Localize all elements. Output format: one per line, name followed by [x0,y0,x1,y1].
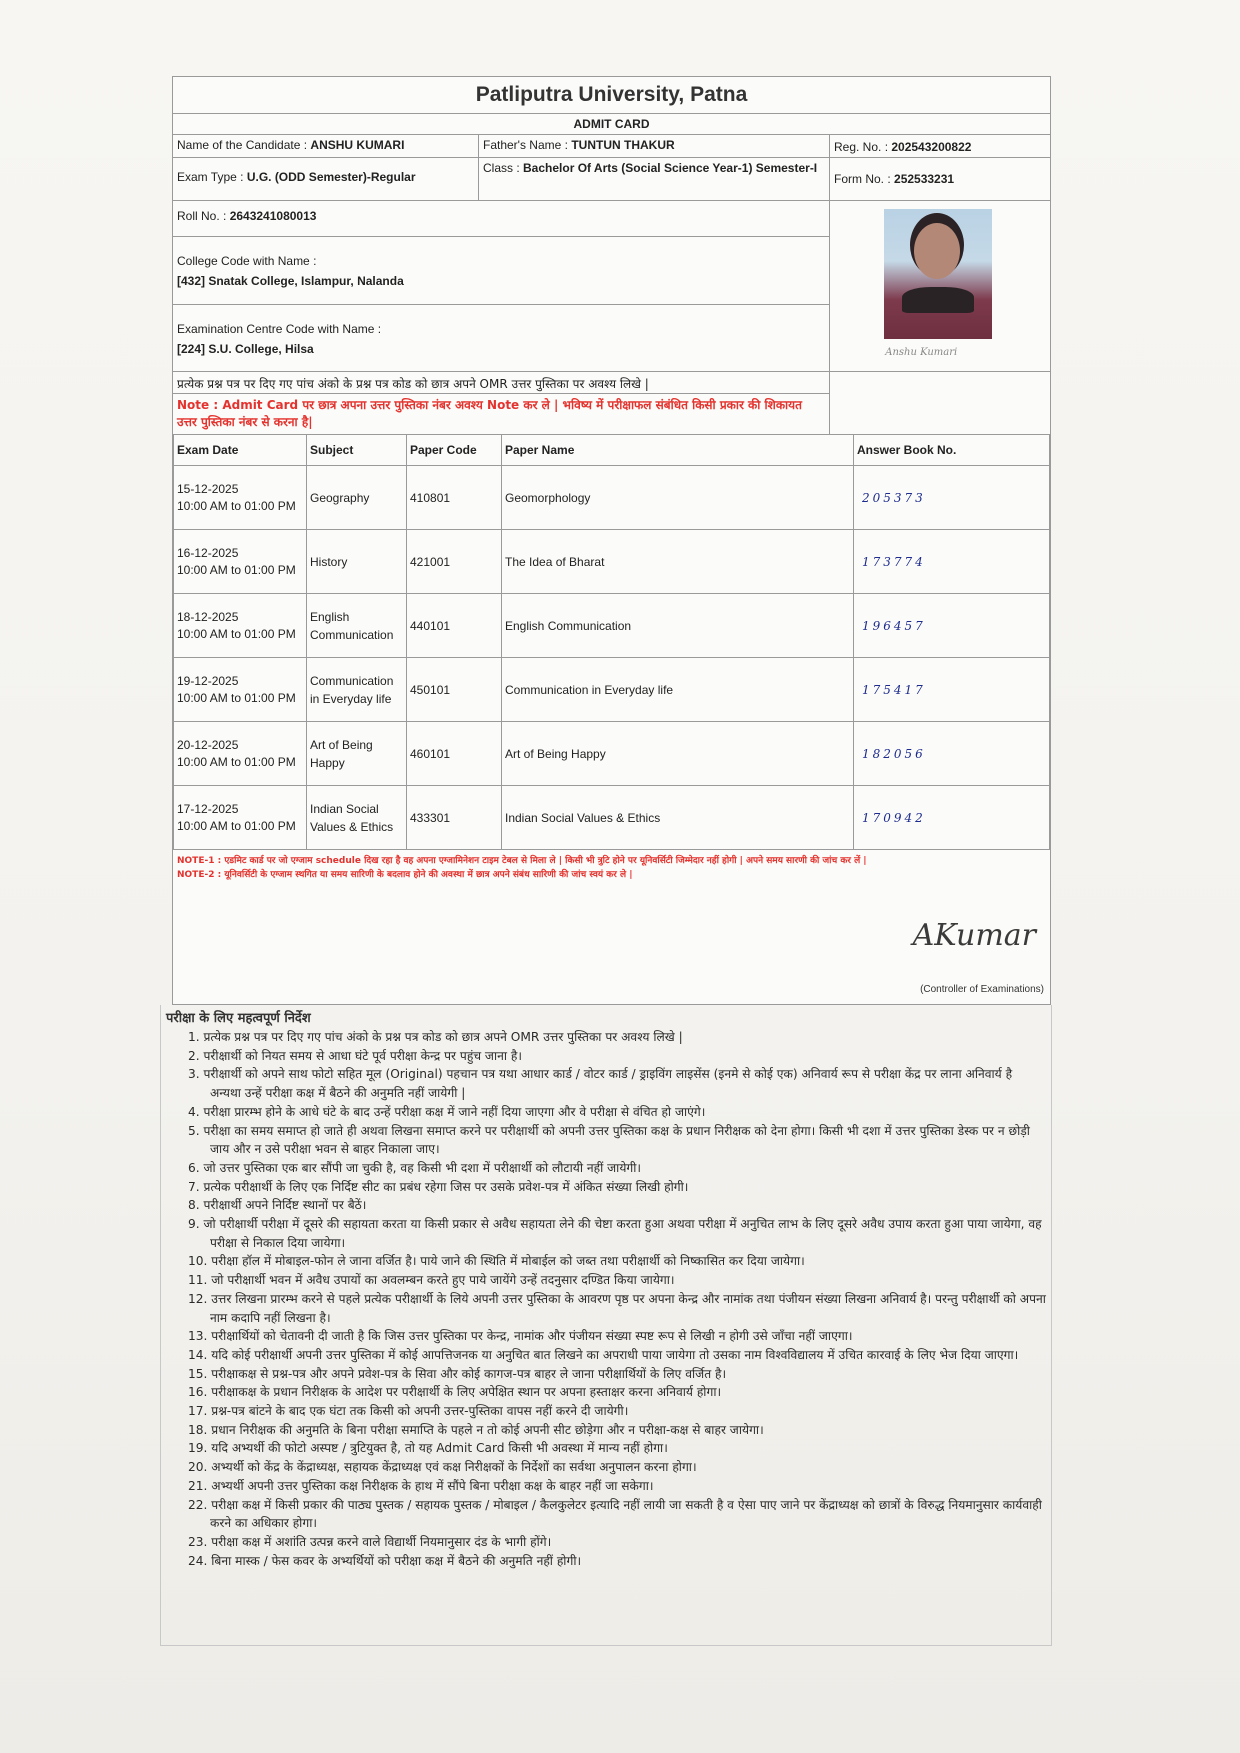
answer-book-no: 196457 [854,594,1050,658]
answer-book-note: Note : Admit Card पर छात्र अपना उत्तर पु… [173,394,829,434]
schedule-row: 19-12-202510:00 AM to 01:00 PMCommunicat… [174,658,1050,722]
instructions-list: 1. प्रत्येक प्रश्न पत्र पर दिए गए पांच अ… [166,1028,1046,1570]
footnote-1: NOTE-1 : एडमिट कार्ड पर जो एग्जाम schedu… [177,854,1046,868]
centre-name: [224] S.U. College, Hilsa [177,342,314,356]
schedule-row: 17-12-202510:00 AM to 01:00 PMIndian Soc… [174,786,1050,850]
instruction-item: 21. अभ्यर्थी अपनी उत्तर पुस्तिका कक्ष नि… [188,1477,1046,1496]
paper-name: Indian Social Values & Ethics [502,786,854,850]
answer-book-no: 175417 [854,658,1050,722]
controller-sign-area: AKumar (Controller of Examinations) [173,886,1050,1004]
exam-date: 18-12-202510:00 AM to 01:00 PM [174,594,307,658]
exam-type: Exam Type : U.G. (ODD Semester)-Regular [173,158,479,200]
subject: Communication in Everyday life [307,658,407,722]
instructions-section: परीक्षा के लिए महत्वपूर्ण निर्देश 1. प्र… [166,1008,1046,1570]
class-info: Class : Bachelor Of Arts (Social Science… [479,158,830,200]
col-paper-name: Paper Name [502,435,854,466]
instruction-item: 18. प्रधान निरीक्षक की अनुमति के बिना पर… [188,1421,1046,1440]
father-name: Father's Name : TUNTUN THAKUR [479,135,830,157]
instruction-item: 2. परीक्षार्थी को नियत समय से आधा घंटे प… [188,1047,1046,1066]
instruction-item: 7. प्रत्येक परीक्षार्थी के लिए एक निर्दि… [188,1178,1046,1197]
paper-code: 450101 [407,658,502,722]
col-exam-date: Exam Date [174,435,307,466]
instruction-item: 13. परीक्षार्थियों को चेतावनी दी जाती है… [188,1327,1046,1346]
schedule-row: 15-12-202510:00 AM to 01:00 PMGeography4… [174,466,1050,530]
college-info: College Code with Name : [432] Snatak Co… [173,237,829,305]
instruction-item: 10. परीक्षा हॉल में मोबाइल-फोन ले जाना व… [188,1252,1046,1271]
instruction-item: 15. परीक्षाकक्ष से प्रश्न-पत्र और अपने प… [188,1365,1046,1384]
exam-date: 16-12-202510:00 AM to 01:00 PM [174,530,307,594]
answer-book-no: 182056 [854,722,1050,786]
subject: History [307,530,407,594]
candidate-name: Name of the Candidate : ANSHU KUMARI [173,135,479,157]
instruction-item: 14. यदि कोई परीक्षार्थी अपनी उत्तर पुस्त… [188,1346,1046,1365]
schedule-row: 18-12-202510:00 AM to 01:00 PMEnglish Co… [174,594,1050,658]
instruction-item: 19. यदि अभ्यर्थी की फोटो अस्पष्ट / त्रुट… [188,1439,1046,1458]
paper-name: Art of Being Happy [502,722,854,786]
omr-instruction: प्रत्येक प्रश्न पत्र पर दिए गए पांच अंको… [173,372,829,394]
instruction-item: 1. प्रत्येक प्रश्न पत्र पर दिए गए पांच अ… [188,1028,1046,1047]
paper-code: 433301 [407,786,502,850]
answer-book-no: 173774 [854,530,1050,594]
col-subject: Subject [307,435,407,466]
instruction-item: 12. उत्तर लिखना प्रारम्भ करने से पहले प्… [188,1290,1046,1327]
exam-date: 17-12-202510:00 AM to 01:00 PM [174,786,307,850]
paper-name: Geomorphology [502,466,854,530]
instruction-item: 4. परीक्षा प्रारम्भ होने के आधे घंटे के … [188,1103,1046,1122]
admit-card: Patliputra University, Patna ADMIT CARD … [172,76,1051,1005]
paper-code: 421001 [407,530,502,594]
footnotes: NOTE-1 : एडमिट कार्ड पर जो एग्जाम schedu… [173,850,1050,886]
college-name: [432] Snatak College, Islampur, Nalanda [177,274,404,288]
candidate-signature: Anshu Kumari [885,347,957,358]
university-title: Patliputra University, Patna [173,77,1050,114]
instruction-item: 3. परीक्षार्थी को अपने साथ फोटो सहित मूल… [188,1065,1046,1102]
instruction-item: 22. परीक्षा कक्ष में किसी प्रकार की पाठ्… [188,1496,1046,1533]
exam-date: 19-12-202510:00 AM to 01:00 PM [174,658,307,722]
answer-book-no: 170942 [854,786,1050,850]
paper-name: The Idea of Bharat [502,530,854,594]
roll-no: Roll No. : 2643241080013 [173,201,829,237]
reg-no: Reg. No. : 202543200822 [830,135,1050,157]
instruction-item: 24. बिना मास्क / फेस कवर के अभ्यर्थियों … [188,1552,1046,1571]
instruction-item: 8. परीक्षार्थी अपने निर्दिष्ट स्थानों पर… [188,1196,1046,1215]
instruction-item: 11. जो परीक्षार्थी भवन में अवैध उपायों क… [188,1271,1046,1290]
answer-book-no: 205373 [854,466,1050,530]
instruction-item: 23. परीक्षा कक्ष में अशांति उत्पन्न करने… [188,1533,1046,1552]
paper-code: 410801 [407,466,502,530]
exam-date: 20-12-202510:00 AM to 01:00 PM [174,722,307,786]
instruction-item: 16. परीक्षाकक्ष के प्रधान निरीक्षक के आद… [188,1383,1046,1402]
instruction-item: 5. परीक्षा का समय समाप्त हो जाते ही अथवा… [188,1122,1046,1159]
admit-card-heading: ADMIT CARD [173,114,1050,135]
subject: Art of Being Happy [307,722,407,786]
controller-label: (Controller of Examinations) [920,984,1044,995]
subject: Geography [307,466,407,530]
college-label: College Code with Name : [177,251,825,271]
exam-schedule-table: Exam Date Subject Paper Code Paper Name … [173,434,1050,850]
subject: Indian Social Values & Ethics [307,786,407,850]
schedule-row: 16-12-202510:00 AM to 01:00 PMHistory421… [174,530,1050,594]
centre-label: Examination Centre Code with Name : [177,319,825,339]
paper-code: 460101 [407,722,502,786]
instruction-item: 6. जो उत्तर पुस्तिका एक बार सौंपी जा चुक… [188,1159,1046,1178]
subject: English Communication [307,594,407,658]
photo-block: Anshu Kumari [830,201,1050,371]
centre-info: Examination Centre Code with Name : [224… [173,305,829,371]
instructions-heading: परीक्षा के लिए महत्वपूर्ण निर्देश [166,1008,1046,1026]
instruction-item: 20. अभ्यर्थी को केंद्र के केंद्राध्यक्ष,… [188,1458,1046,1477]
paper-name: Communication in Everyday life [502,658,854,722]
schedule-row: 20-12-202510:00 AM to 01:00 PMArt of Bei… [174,722,1050,786]
col-paper-code: Paper Code [407,435,502,466]
paper-name: English Communication [502,594,854,658]
form-no: Form No. : 252533231 [830,158,1050,200]
candidate-photo [884,209,992,339]
instruction-item: 17. प्रश्न-पत्र बांटने के बाद एक घंटा तक… [188,1402,1046,1421]
paper-code: 440101 [407,594,502,658]
controller-signature: AKumar [913,918,1036,953]
footnote-2: NOTE-2 : यूनिवर्सिटी के एग्जाम स्थगित या… [177,868,1046,882]
exam-date: 15-12-202510:00 AM to 01:00 PM [174,466,307,530]
col-answer-book: Answer Book No. [854,435,1050,466]
instruction-item: 9. जो परीक्षार्थी परीक्षा में दूसरे की स… [188,1215,1046,1252]
